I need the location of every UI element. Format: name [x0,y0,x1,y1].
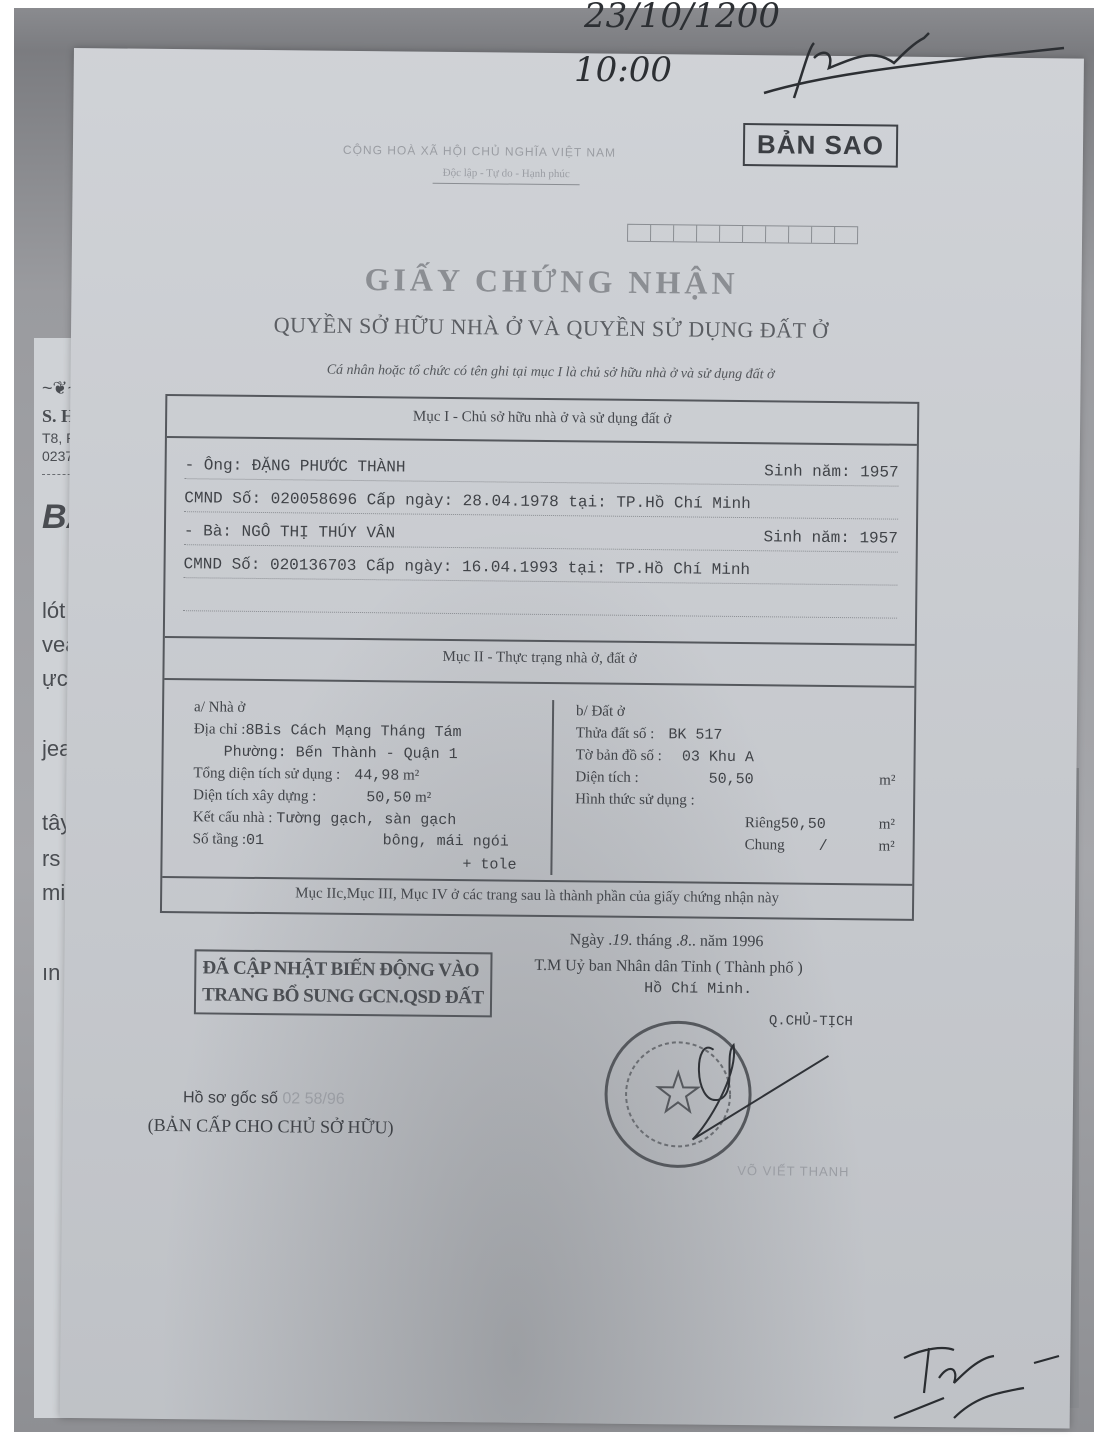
handwritten-number: 23/10/1200 [584,0,780,36]
section-1-title: Mục I - Chủ sở hữu nhà ở và sử dụng đất … [167,406,917,431]
copy-for-owner: (BẢN CẤP CHO CHỦ SỞ HỮU) [148,1115,394,1139]
serial-box-cell [789,226,812,242]
label: Riêng [745,815,781,831]
label: Chung [745,837,785,853]
section-2-title: Mục II - Thực trạng nhà ở, đất ở [165,646,915,671]
unit: m² [415,790,431,806]
unit: m² [403,767,419,783]
private-value: 50,50 [781,815,826,832]
label: Hồ sơ gốc số [183,1089,278,1107]
owner-1-birth-year: Sinh năm: 1957 [764,462,899,481]
issue-date: Ngày .19. tháng .8.. năm 1996 [570,931,764,951]
label: Diện tích xây dựng : [193,787,316,804]
signer-name: VÕ VIẾT THANH [737,1163,849,1179]
update-stamp: ĐÃ CẬP NHẬT BIẾN ĐỘNG VÀO TRANG BỔ SUNG … [194,949,492,1017]
fragment-text: ın [42,960,60,986]
blank-row [183,588,897,618]
structure-value: bông, mái ngói [383,830,509,853]
authority-line: T.M Uỷ ban Nhân dân Tỉnh ( Thành phố ) [534,957,803,978]
document-subtitle: QUYỀN SỞ HỮU NHÀ Ở VÀ QUYỀN SỬ DỤNG ĐẤT … [71,310,1031,346]
land-column: b/ Đất ở Thửa đất số :BK 517 Tờ bản đồ s… [574,700,896,878]
shared-row: Chung/m² [575,832,895,857]
floors-value: 01 [246,832,264,849]
month-value: 8 [680,932,688,949]
unit: m² [879,813,895,835]
structure-value: Tường gạch, sàn gạch [276,810,456,829]
year-value: 1996 [731,933,763,950]
owner-2-birth-year: Sinh năm: 1957 [763,528,898,547]
divider [165,636,915,646]
label: Thửa đất số : [576,725,655,742]
fragment-text: ực [42,666,68,692]
divider [164,678,914,688]
fragment-text: rs [42,846,60,872]
label: Tổng diện tích sử dụng : [193,765,340,783]
map-value: 03 Khu A [682,748,754,766]
plot-value: BK 517 [668,726,722,744]
owner-1-name-row: - Ông: ĐẶNG PHƯỚC THÀNH Sinh năm: 1957 [184,456,898,486]
file-number: Hồ sơ gốc số 02 58/96 [183,1089,345,1109]
unit: m² [879,769,895,791]
owner-1-name: - Ông: ĐẶNG PHƯỚC THÀNH [185,456,406,476]
owner-2-id-row: CMND Số: 020136703 Cấp ngày: 16.04.1993 … [183,555,897,585]
total-area-value: 44,98 [354,767,399,784]
serial-box-cell [835,227,857,243]
footer-note: Mục IIc,Mục III, Mục IV ở các trang sau … [162,884,912,909]
copy-stamp: BẢN SAO [743,123,898,168]
serial-box-cell [720,226,743,242]
update-stamp-line: ĐÃ CẬP NHẬT BIẾN ĐỘNG VÀO [202,955,484,985]
house-ward: Phường: Bến Thành - Quận 1 [224,744,458,763]
shared-value: / [819,838,828,855]
house-column: a/ Nhà ở Địa chỉ :8Bis Cách Mạng Tháng T… [192,696,544,875]
label: tháng [636,932,672,949]
republic-line: CỘNG HOÀ XÃ HỘI CHỦ NGHĨA VIỆT NAM [343,143,616,160]
label: Ngày [570,931,605,948]
house-address: 8Bis Cách Mạng Tháng Tám [245,722,461,741]
label: Diện tích : [575,769,638,786]
file-number-value: 02 58/96 [282,1090,344,1108]
scanned-page: ~❦~ S. HẢ T8, P.B 0237121 BẢ lót vea ực … [14,8,1094,1432]
document-title: GIẤY CHỨNG NHẬN [71,258,1031,305]
serial-box-cell [697,226,720,242]
certificate-table: Mục I - Chủ sở hữu nhà ở và sử dụng đất … [160,394,919,921]
label: Kết cấu nhà : [193,809,273,826]
serial-box-cell [743,226,766,242]
land-area-value: 50,50 [709,771,754,788]
serial-box-cell [651,225,674,241]
column-divider [550,700,554,875]
owner-1-id-row: CMND Số: 020058696 Cấp ngày: 28.04.1978 … [184,489,898,519]
label: Số tầng : [193,831,247,848]
fragment-text: mi [42,880,65,906]
build-area-value: 50,50 [366,789,411,806]
unit: m² [878,835,894,857]
signer-role: Q.CHỦ-TỊCH [769,1013,853,1030]
authority-city: Hồ Chí Minh. [644,980,752,998]
serial-box-cell [628,225,651,241]
document-description: Cá nhân hoặc tổ chức có tên ghi tại mục … [71,360,1031,386]
structure-row-3: + tole [192,850,542,876]
owner-2-id: CMND Số: 020136703 Cấp ngày: 16.04.1993 … [184,555,751,579]
divider [167,436,917,446]
serial-box-cell [766,226,789,242]
owner-2-name-row: - Bà: NGÔ THỊ THÚY VÂN Sinh năm: 1957 [184,522,898,552]
handwritten-time: 10:00 [574,50,672,90]
motto: Độc lập - Tự do - Hạnh phúc [433,167,580,186]
owner-2-name: - Bà: NGÔ THỊ THÚY VÂN [184,522,395,542]
fragment-text: lót [42,598,65,624]
structure-value: + tole [462,856,516,874]
serial-number-boxes [627,224,858,244]
official-seal-icon [597,1014,859,1187]
label: năm [700,933,728,950]
update-stamp-line: TRANG BỔ SUNG GCN.QSD ĐẤT [202,982,484,1012]
label: Địa chỉ : [194,721,246,738]
serial-box-cell [812,227,835,243]
certificate-paper: BẢN SAO CỘNG HOÀ XÃ HỘI CHỦ NGHĨA VIỆT N… [60,48,1084,1429]
label: Tờ bản đồ số : [576,747,662,764]
serial-box-cell [674,225,697,241]
owner-1-id: CMND Số: 020058696 Cấp ngày: 28.04.1978 … [184,489,751,513]
day-value: 19 [612,932,628,949]
